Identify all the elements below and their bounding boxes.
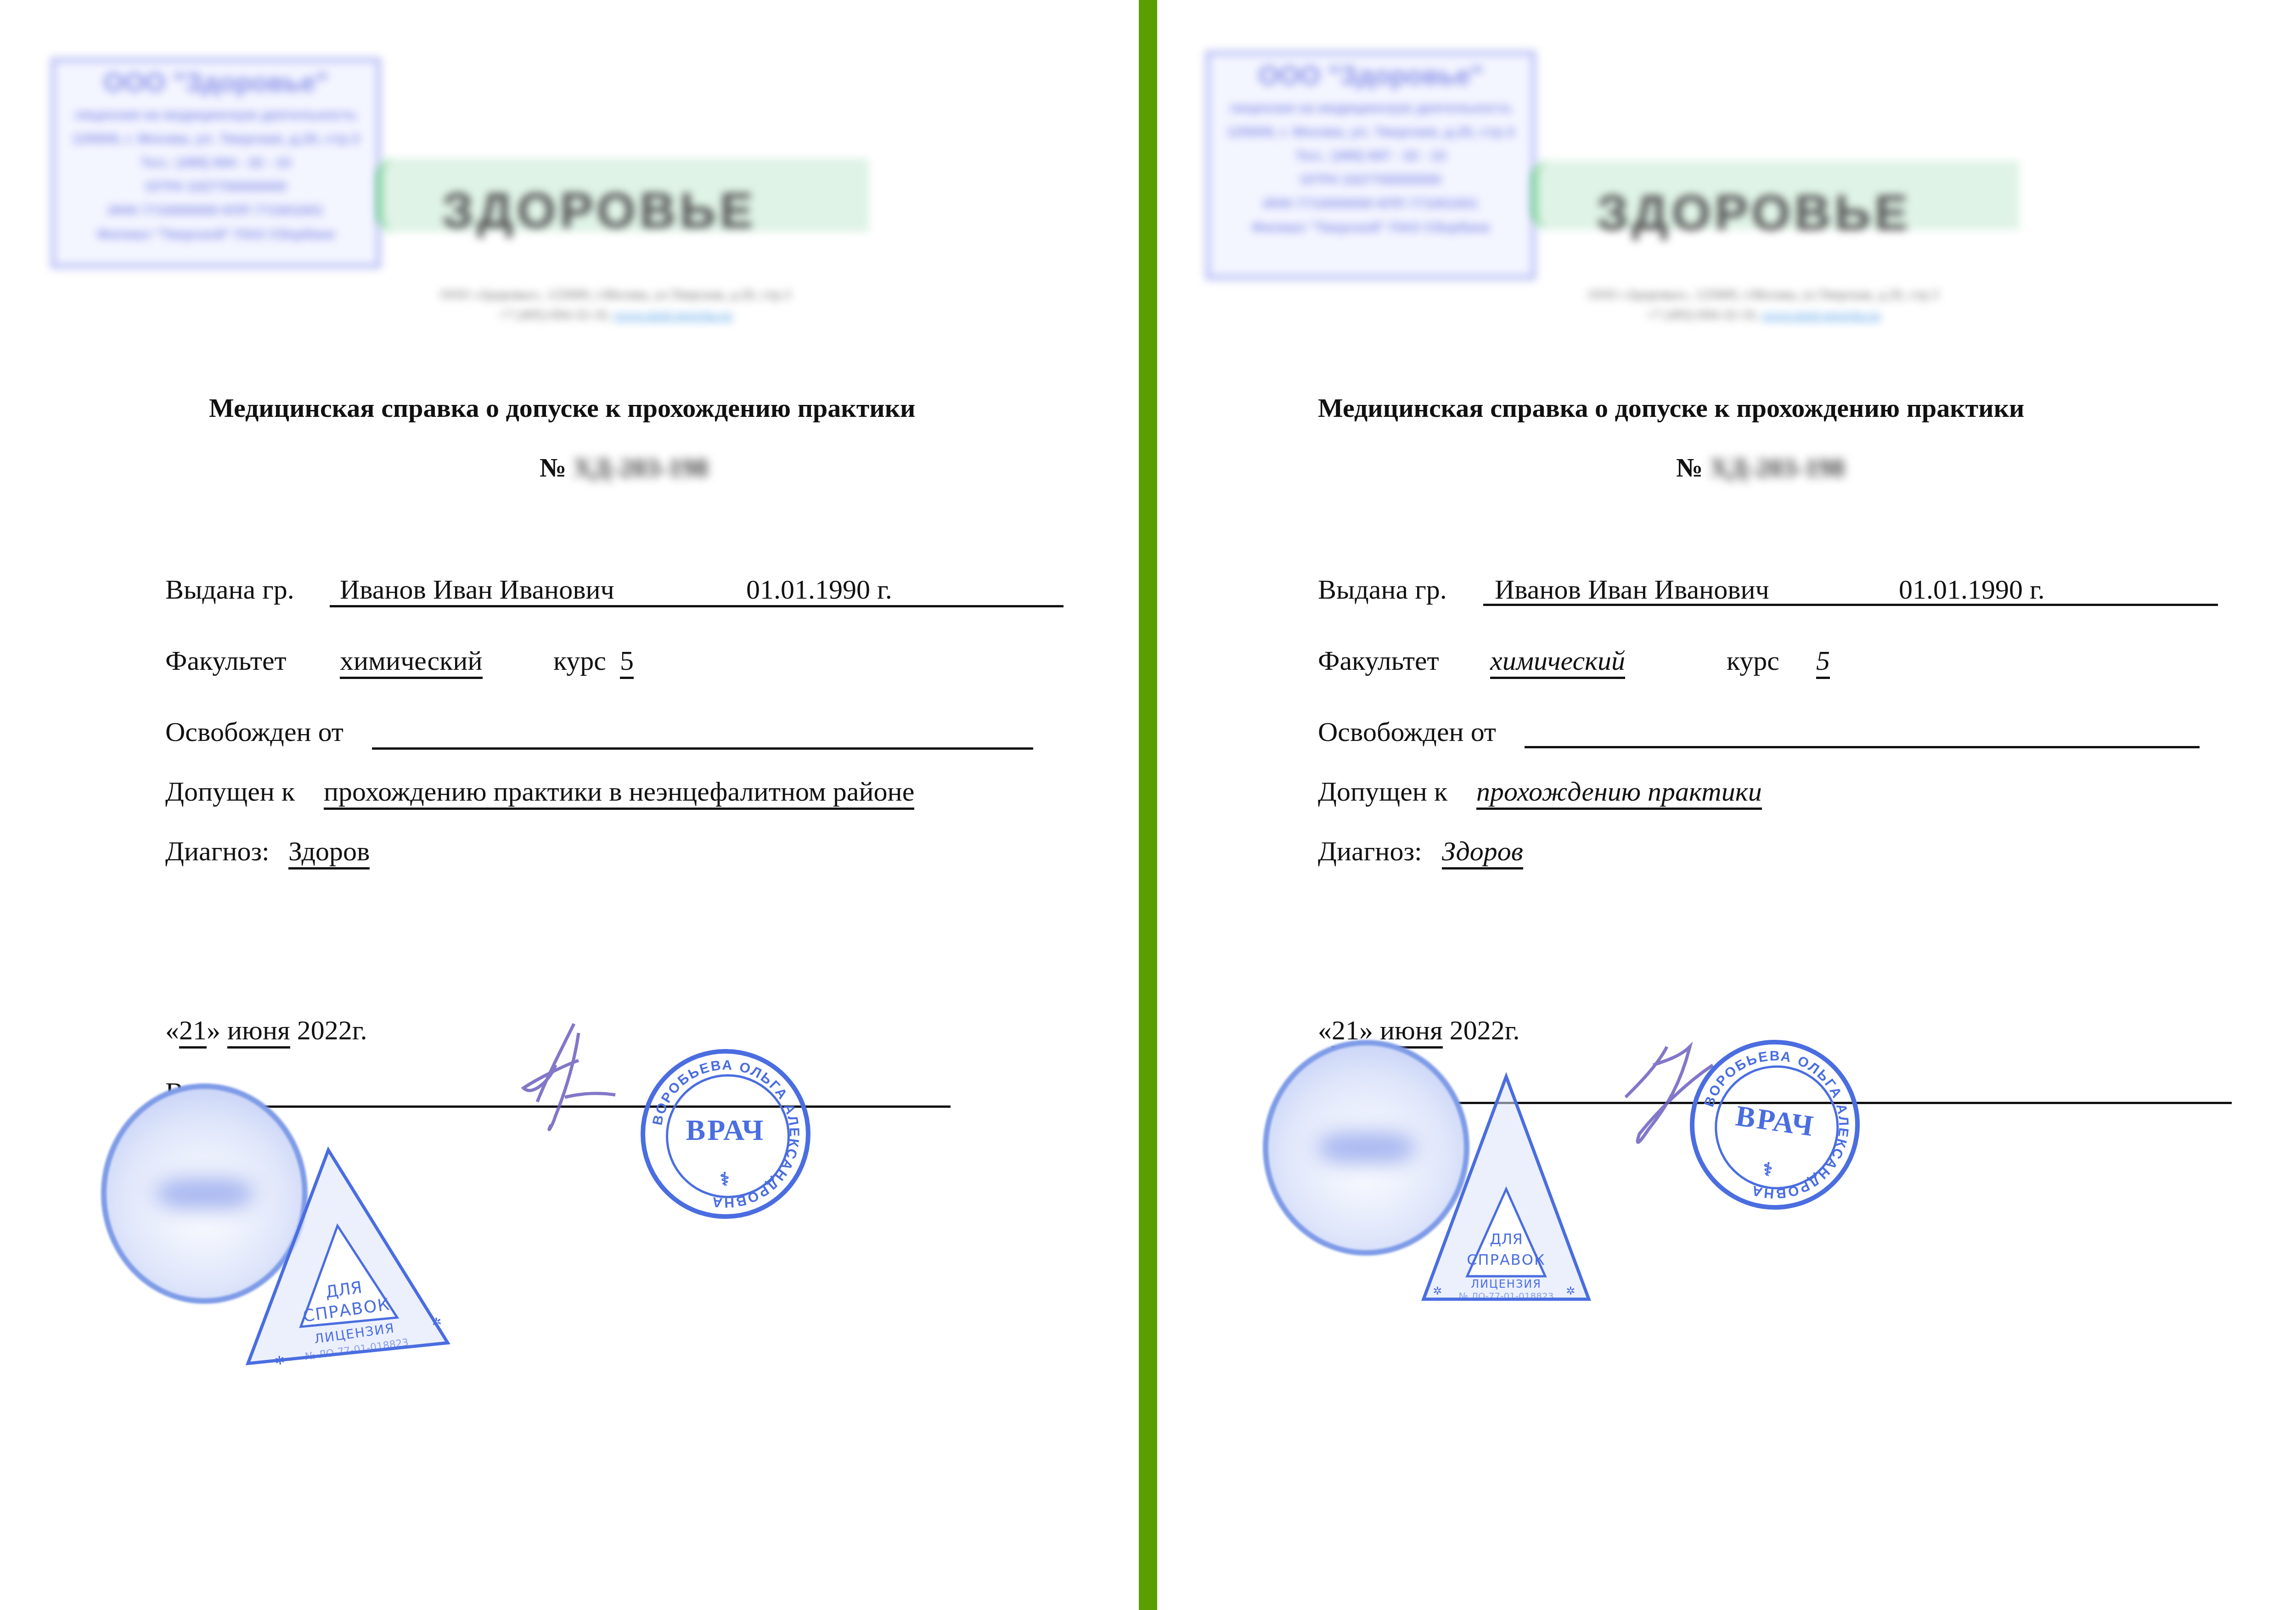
diagnosis-label: Диагноз: (165, 836, 270, 867)
faculty-value-text: химический (1490, 645, 1625, 679)
website-link[interactable]: www.med-spravka.ru (614, 307, 732, 322)
course-value: 5 (620, 645, 634, 677)
triangle-stamp: ДЛЯ СПРАВОК ЛИЦЕНЗИЯ № ЛО-77-01-018823 ✲… (1414, 1070, 1598, 1308)
date-day: 21 (179, 1015, 207, 1049)
org-stamp-line: ИНН 7710000000 КПП 771001001 (55, 199, 377, 223)
exempt-label: Освобожден от (1318, 716, 1496, 748)
svg-text:№ ЛО-77-01-018823: № ЛО-77-01-018823 (1459, 1290, 1554, 1301)
document-copy: ООО "Здоровье" лицензия на медицинскую д… (1157, 0, 2296, 1610)
org-stamp-line: 125009, г. Москва, ул. Тверская, д.20, с… (1210, 120, 1531, 144)
clinic-logo: ЗДОРОВЬЕ (377, 158, 869, 232)
document-number: № ХД-203-198 (540, 452, 708, 483)
contact-line: +7 (495) 694-32-10, (1646, 307, 1758, 322)
clinic-address: ООО «Здоровье», 125009, г.Москва, ул.Тве… (367, 285, 863, 325)
document-title: Медицинская справка о допуске к прохожде… (209, 393, 915, 423)
org-stamp-line: Тел.: (495) 697 - 32 - 10 (1210, 144, 1531, 168)
issued-underline (330, 605, 1064, 607)
organization-stamp: ООО "Здоровье" лицензия на медицинскую д… (1205, 50, 1536, 280)
svg-text:ДЛЯ: ДЛЯ (1490, 1230, 1522, 1248)
diagnosis-label: Диагноз: (1318, 836, 1422, 867)
date-quote-open: « (165, 1015, 179, 1045)
issued-underline (1483, 604, 2218, 606)
org-stamp-line: лицензия на медицинскую деятельность (1210, 96, 1531, 120)
org-stamp-line: 125009, г. Москва, ул. Тверская, д.20, с… (55, 127, 377, 151)
document-title: Медицинская справка о допуске к прохожде… (1318, 393, 2024, 423)
org-stamp-line: ОГРН 1027700000000 (1210, 168, 1531, 192)
date-year: 2022г. (297, 1015, 367, 1045)
faculty-label: Факультет (1318, 645, 1439, 677)
admitted-value-text: прохождению практики (1476, 776, 1762, 810)
number-value: ХД-203-198 (1710, 453, 1845, 482)
admitted-label: Допущен к (1318, 776, 1447, 808)
number-value: ХД-203-198 (573, 453, 708, 482)
website-link[interactable]: www.med-spravka.ru (1762, 307, 1880, 322)
stamp-center-text: ВРАЧ (645, 1113, 806, 1147)
doctor-signature (505, 1010, 625, 1148)
admitted-value-text: прохождению практики в неэнцефалитном ра… (324, 776, 914, 810)
org-stamp-line: ИНН 7710000000 КПП 771001001 (1210, 192, 1531, 216)
course-label: курс (1727, 645, 1779, 677)
course-value-text: 5 (1816, 645, 1830, 679)
org-name: ООО "Здоровье" (1210, 55, 1531, 96)
clinic-address: ООО «Здоровье», 125009, г.Москва, ул.Тве… (1515, 285, 2011, 325)
org-stamp-line: ОГРН 1027700000000 (55, 175, 377, 199)
faculty-value: химический (1490, 645, 1625, 677)
course-value: 5 (1816, 645, 1830, 677)
faculty-value: химический (340, 645, 483, 677)
svg-text:СПРАВОК: СПРАВОК (1467, 1251, 1545, 1268)
faculty-value-text: химический (340, 645, 483, 679)
birth-date: 01.01.1990 г. (746, 574, 892, 606)
admitted-value: прохождению практики (1476, 776, 1762, 808)
date-year: 2022г. (1450, 1015, 1520, 1045)
exempt-underline (372, 747, 1033, 750)
svg-text:✲: ✲ (274, 1353, 286, 1368)
org-stamp-line: Тел.: (495) 694 - 32 - 10 (55, 151, 377, 175)
comparison-divider (1139, 0, 1157, 1610)
logo-text: ЗДОРОВЬЕ (1537, 161, 2019, 242)
contact-line: +7 (495) 694-32-10, (498, 307, 610, 322)
doctor-round-stamp: ВОРОБЬЕВА ОЛЬГА АЛЕКСАНДРОВНА ВРАЧ ⚕ (641, 1049, 810, 1219)
svg-text:✲: ✲ (1433, 1285, 1442, 1297)
issue-date: «21» июня 2022г. (165, 1015, 367, 1046)
org-name: ООО "Здоровье" (55, 62, 377, 103)
issued-label: Выдана гр. (165, 574, 294, 606)
course-label: курс (553, 645, 606, 677)
date-quote-open: « (1318, 1015, 1332, 1045)
admitted-value: прохождению практики в неэнцефалитном ра… (324, 776, 914, 808)
document-number: № ХД-203-198 (1676, 452, 1845, 483)
full-name: Иванов Иван Иванович (1495, 574, 1769, 606)
svg-text:✲: ✲ (431, 1315, 443, 1330)
org-stamp-line: Филиал "Тверской" ПАО Сбербанк (1210, 216, 1531, 240)
issued-label: Выдана гр. (1318, 574, 1447, 606)
address-line: ООО «Здоровье», 125009, г.Москва, ул.Тве… (367, 285, 863, 305)
organization-stamp: ООО "Здоровье" лицензия на медицинскую д… (51, 57, 381, 269)
diagnosis-value: Здоров (1442, 836, 1523, 867)
diagnosis-value: Здоров (288, 836, 370, 867)
date-month: июня (227, 1015, 290, 1049)
admitted-label: Допущен к (165, 776, 295, 808)
triangle-stamp: ДЛЯ СПРАВОК ЛИЦЕНЗИЯ № ЛО-77-01-018823 ✲… (239, 1143, 459, 1368)
exempt-label: Освобожден от (165, 716, 343, 748)
date-quote-close: » (207, 1015, 220, 1045)
clinic-logo: ЗДОРОВЬЕ (1531, 161, 2019, 230)
caduceus-icon: ⚕ (645, 1168, 806, 1190)
full-name: Иванов Иван Иванович (340, 574, 614, 606)
address-line: ООО «Здоровье», 125009, г.Москва, ул.Тве… (1515, 285, 2011, 305)
exempt-underline (1525, 746, 2200, 748)
svg-text:✲: ✲ (1566, 1285, 1575, 1297)
diagnosis-value-text: Здоров (288, 836, 370, 870)
number-label: № (1676, 453, 1703, 482)
document-original: ООО "Здоровье" лицензия на медицинскую д… (0, 0, 1139, 1610)
number-label: № (540, 453, 566, 482)
org-stamp-line: лицензия на медицинскую деятельность (55, 103, 377, 127)
faculty-label: Факультет (165, 645, 287, 677)
diagnosis-value-text: Здоров (1442, 836, 1523, 870)
birth-date: 01.01.1990 г. (1899, 574, 2045, 606)
svg-text:ЛИЦЕНЗИЯ: ЛИЦЕНЗИЯ (1471, 1278, 1542, 1290)
org-stamp-line: Филиал "Тверской" ПАО Сбербанк (55, 223, 377, 247)
doctor-round-stamp: ВОРОБЬЕВА ОЛЬГА АЛЕКСАНДРОВНА ВРАЧ ⚕ (1679, 1029, 1871, 1221)
logo-text: ЗДОРОВЬЕ (382, 158, 869, 240)
course-value-text: 5 (620, 645, 634, 679)
